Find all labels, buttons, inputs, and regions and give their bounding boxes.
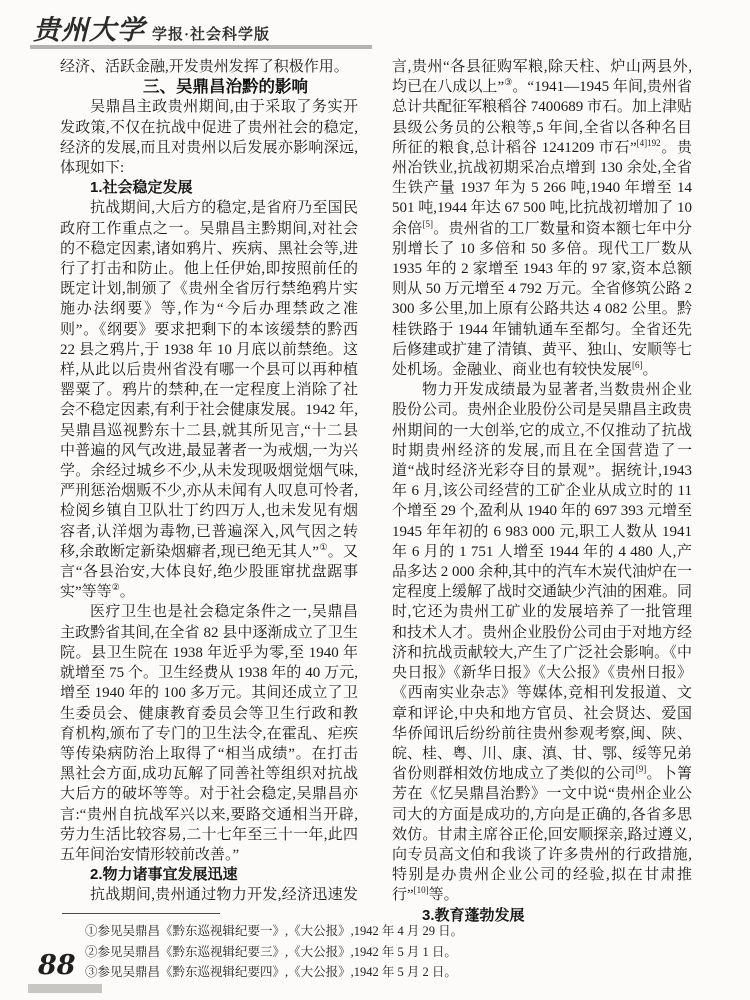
body-paragraph: 医疗卫生也是社会稳定条件之一,吴鼎昌主政黔省其间,在全省 82 县中逐渐成立了卫… (60, 602, 358, 865)
body-paragraph: 物力开发成绩最为显著者,当数贵州企业股份公司。贵州企业股份公司是吴鼎昌主政贵州期… (392, 380, 692, 905)
journal-logo: 贵州大学 (33, 15, 145, 46)
page-number-bar (28, 984, 102, 993)
sub-heading: 1.社会稳定发展 (60, 178, 358, 198)
body-paragraph: 抗战期间,大后方的稳定,是省府乃至国民政府工作重点之一。吴鼎昌主黔期间,对社会的… (60, 198, 358, 602)
footnote: ②参见吴鼎昌《黔东巡视辑纪要三》,《大公报》,1942 年 5 月 1 日。 (85, 942, 705, 963)
section-heading: 三、吴鼎昌治黔的影响 (60, 77, 358, 97)
page-number: 88 (26, 950, 136, 996)
right-column: 言,贵州“各县征购军粮,除天柱、炉山两县外,均已在八成以上”③。“1941—19… (392, 57, 692, 923)
body-paragraph: 吴鼎昌主政贵州期间,由于采取了务实开发政策,不仅在抗战中促进了贵州社会的稳定,经… (60, 97, 358, 178)
journal-header: 贵州大学学报·社会科学版 (33, 8, 270, 47)
journal-subtitle: 学报·社会科学版 (152, 27, 270, 43)
header-rule (30, 45, 372, 49)
body-paragraph: 言,贵州“各县征购军粮,除天柱、炉山两县外,均已在八成以上”③。“1941—19… (392, 57, 692, 380)
body-paragraph: 经济、活跃金融,开发贵州发挥了积极作用。 (60, 57, 358, 77)
body-paragraph: 抗战期间,贵州通过物力开发,经济迅速发展。据研究,1941 年,贵州省旱地面积约… (60, 885, 358, 905)
sub-heading: 2.物力诸事宜发展迅速 (60, 865, 358, 885)
journal-page: 贵州大学学报·社会科学版 经济、活跃金融,开发贵州发挥了积极作用。 三、吴鼎昌治… (0, 0, 750, 1000)
footnote: ③参见吴鼎昌《黔东巡视辑纪要四》,《大公报》,1942 年 5 月 2 日。 (85, 962, 705, 983)
left-column: 经济、活跃金融,开发贵州发挥了积极作用。 三、吴鼎昌治黔的影响 吴鼎昌主政贵州期… (60, 57, 358, 905)
footnotes: ①参见吴鼎昌《黔东巡视辑纪要一》,《大公报》,1942 年 4 月 29 日。 … (85, 921, 705, 983)
footnote: ①参见吴鼎昌《黔东巡视辑纪要一》,《大公报》,1942 年 4 月 29 日。 (85, 921, 705, 942)
footnote-divider (62, 913, 220, 914)
page-number-value: 88 (38, 950, 76, 981)
